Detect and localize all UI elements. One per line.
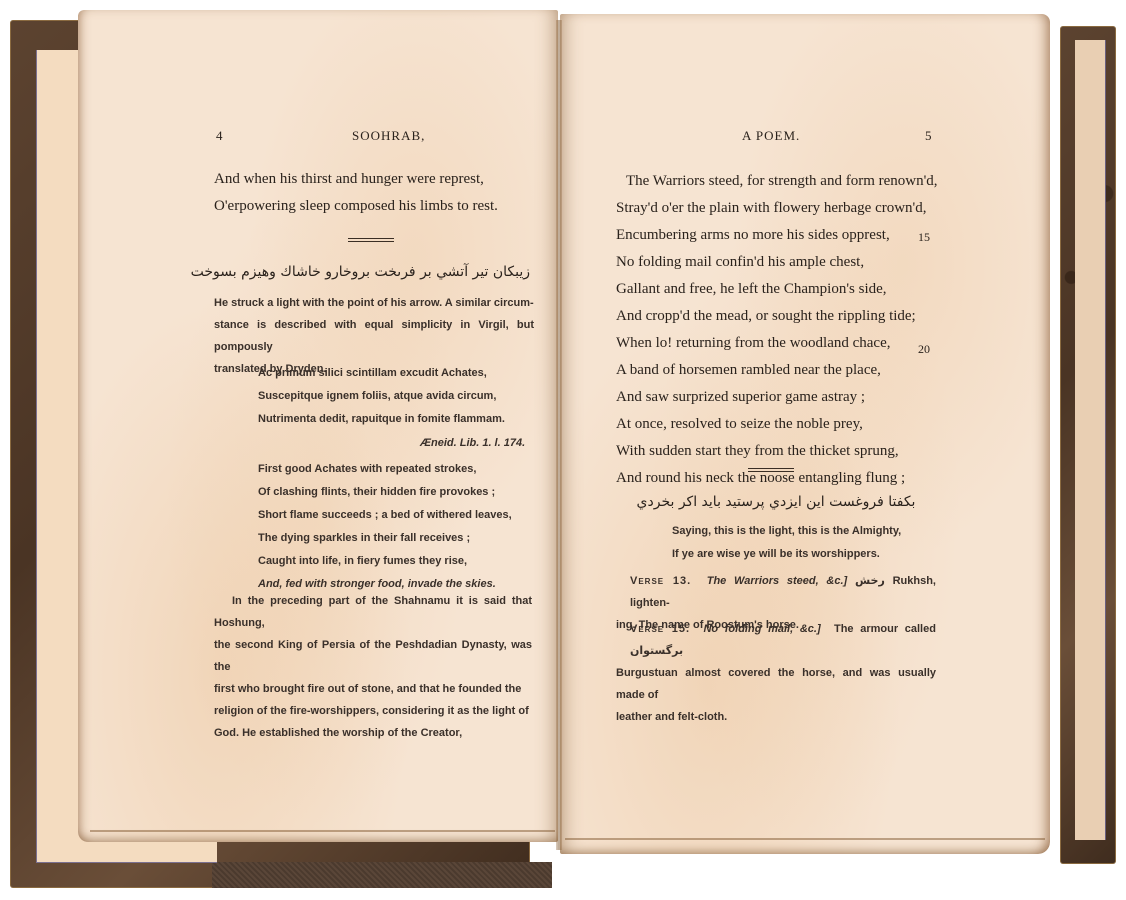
- note-line: He struck a light with the point of his …: [214, 292, 534, 314]
- verse-line: And cropp'd the mead, or sought the ripp…: [616, 303, 938, 330]
- note-persian: برگستوان: [630, 644, 683, 657]
- quote-line: First good Achates with repeated strokes…: [258, 458, 512, 481]
- verse-line: When lo! returning from the woodland cha…: [616, 330, 938, 357]
- latin-quote: Ac primum silici scintillam excudit Acha…: [258, 362, 505, 431]
- quote-line: Nutrimenta dedit, rapuitque in fomite fl…: [258, 408, 505, 431]
- verse-line: Gallant and free, he left the Champion's…: [616, 276, 938, 303]
- line-number-20: 20: [918, 342, 930, 357]
- quote-line: Of clashing flints, their hidden fire pr…: [258, 481, 512, 504]
- verse-line: Stray'd o'er the plain with flowery herb…: [616, 195, 938, 222]
- verse-line: O'erpowering sleep composed his limbs to…: [214, 193, 498, 220]
- right-page: A POEM. 5 The Warriors steed, for streng…: [560, 14, 1050, 854]
- left-page: 4 SOOHRAB, And when his thirst and hunge…: [78, 10, 558, 842]
- quote-line: Short flame succeeds ; a bed of withered…: [258, 504, 512, 527]
- note-text: Burgustuan almost covered the horse, and…: [616, 662, 936, 706]
- page-number: 4: [216, 128, 223, 144]
- note-line: God. He established the worship of the C…: [214, 722, 532, 744]
- verse-line: Encumbering arms no more his sides oppre…: [616, 222, 938, 249]
- endpaper-right: [1075, 40, 1106, 840]
- book-spine-cloth: [212, 862, 552, 888]
- note-text: leather and felt-cloth.: [616, 706, 936, 728]
- note-line: religion of the fire-worshippers, consid…: [214, 700, 532, 722]
- footnote-body: In the preceding part of the Shahnamu it…: [214, 590, 532, 744]
- quote-line: Ac primum silici scintillam excudit Acha…: [258, 362, 505, 385]
- note-line: the second King of Persia of the Peshdad…: [214, 634, 532, 678]
- quote-line: The dying sparkles in their fall receive…: [258, 527, 512, 550]
- section-rule: [748, 468, 794, 472]
- running-head: A POEM.: [742, 128, 800, 144]
- line-number-15: 15: [918, 230, 930, 245]
- verse-line: With sudden start they from the thicket …: [616, 438, 938, 465]
- verse-line: And when his thirst and hunger were repr…: [214, 166, 498, 193]
- persian-verse: بكفتا فروغست این ایزدي پرستید باید اكر ب…: [616, 494, 936, 510]
- quote-line: Caught into life, in fiery fumes they ri…: [258, 550, 512, 573]
- note-line: first who brought fire out of stone, and…: [214, 678, 532, 700]
- section-rule: [348, 238, 394, 242]
- verse-line: The Warriors steed, for strength and for…: [616, 168, 938, 195]
- book-gutter: [556, 20, 562, 850]
- note-lemma: The Warriors steed, &c.]: [707, 575, 847, 587]
- translation-line: Saying, this is the light, this is the A…: [672, 520, 901, 543]
- dryden-quote: First good Achates with repeated strokes…: [258, 458, 512, 596]
- verse-line: At once, resolved to seize the noble pre…: [616, 411, 938, 438]
- translation-line: If ye are wise ye will be its worshipper…: [672, 543, 901, 566]
- verse-block: And when his thirst and hunger were repr…: [214, 166, 498, 220]
- translation: Saying, this is the light, this is the A…: [672, 520, 901, 566]
- verse-block: The Warriors steed, for strength and for…: [616, 168, 938, 492]
- note-line: stance is described with equal simplicit…: [214, 314, 534, 358]
- note-text: The armour called: [834, 623, 936, 635]
- note-persian: رخش: [855, 574, 885, 587]
- persian-verse: زیبکان تیر آتشي بر فرىخت بروخارو خاشاك و…: [214, 264, 530, 280]
- note-line: In the preceding part of the Shahnamu it…: [214, 590, 532, 634]
- quote-line: Suscepitque ignem foliis, atque avida ci…: [258, 385, 505, 408]
- page-edge-left: [90, 830, 555, 832]
- verse-line: A band of horsemen rambled near the plac…: [616, 357, 938, 384]
- latin-citation: Æneid. Lib. 1. l. 174.: [420, 432, 525, 455]
- page-edge-right: [565, 838, 1045, 840]
- note-label: Verse 13.: [630, 575, 691, 587]
- note-lemma: No folding mail, &c.]: [703, 623, 820, 635]
- verse-line: No folding mail confin'd his ample chest…: [616, 249, 938, 276]
- verse-note-15: Verse 15. No folding mail, &c.] The armo…: [616, 618, 936, 728]
- page-number: 5: [925, 128, 932, 144]
- running-head: SOOHRAB,: [352, 128, 425, 144]
- note-label: Verse 15.: [630, 623, 690, 635]
- verse-line: And saw surprized superior game astray ;: [616, 384, 938, 411]
